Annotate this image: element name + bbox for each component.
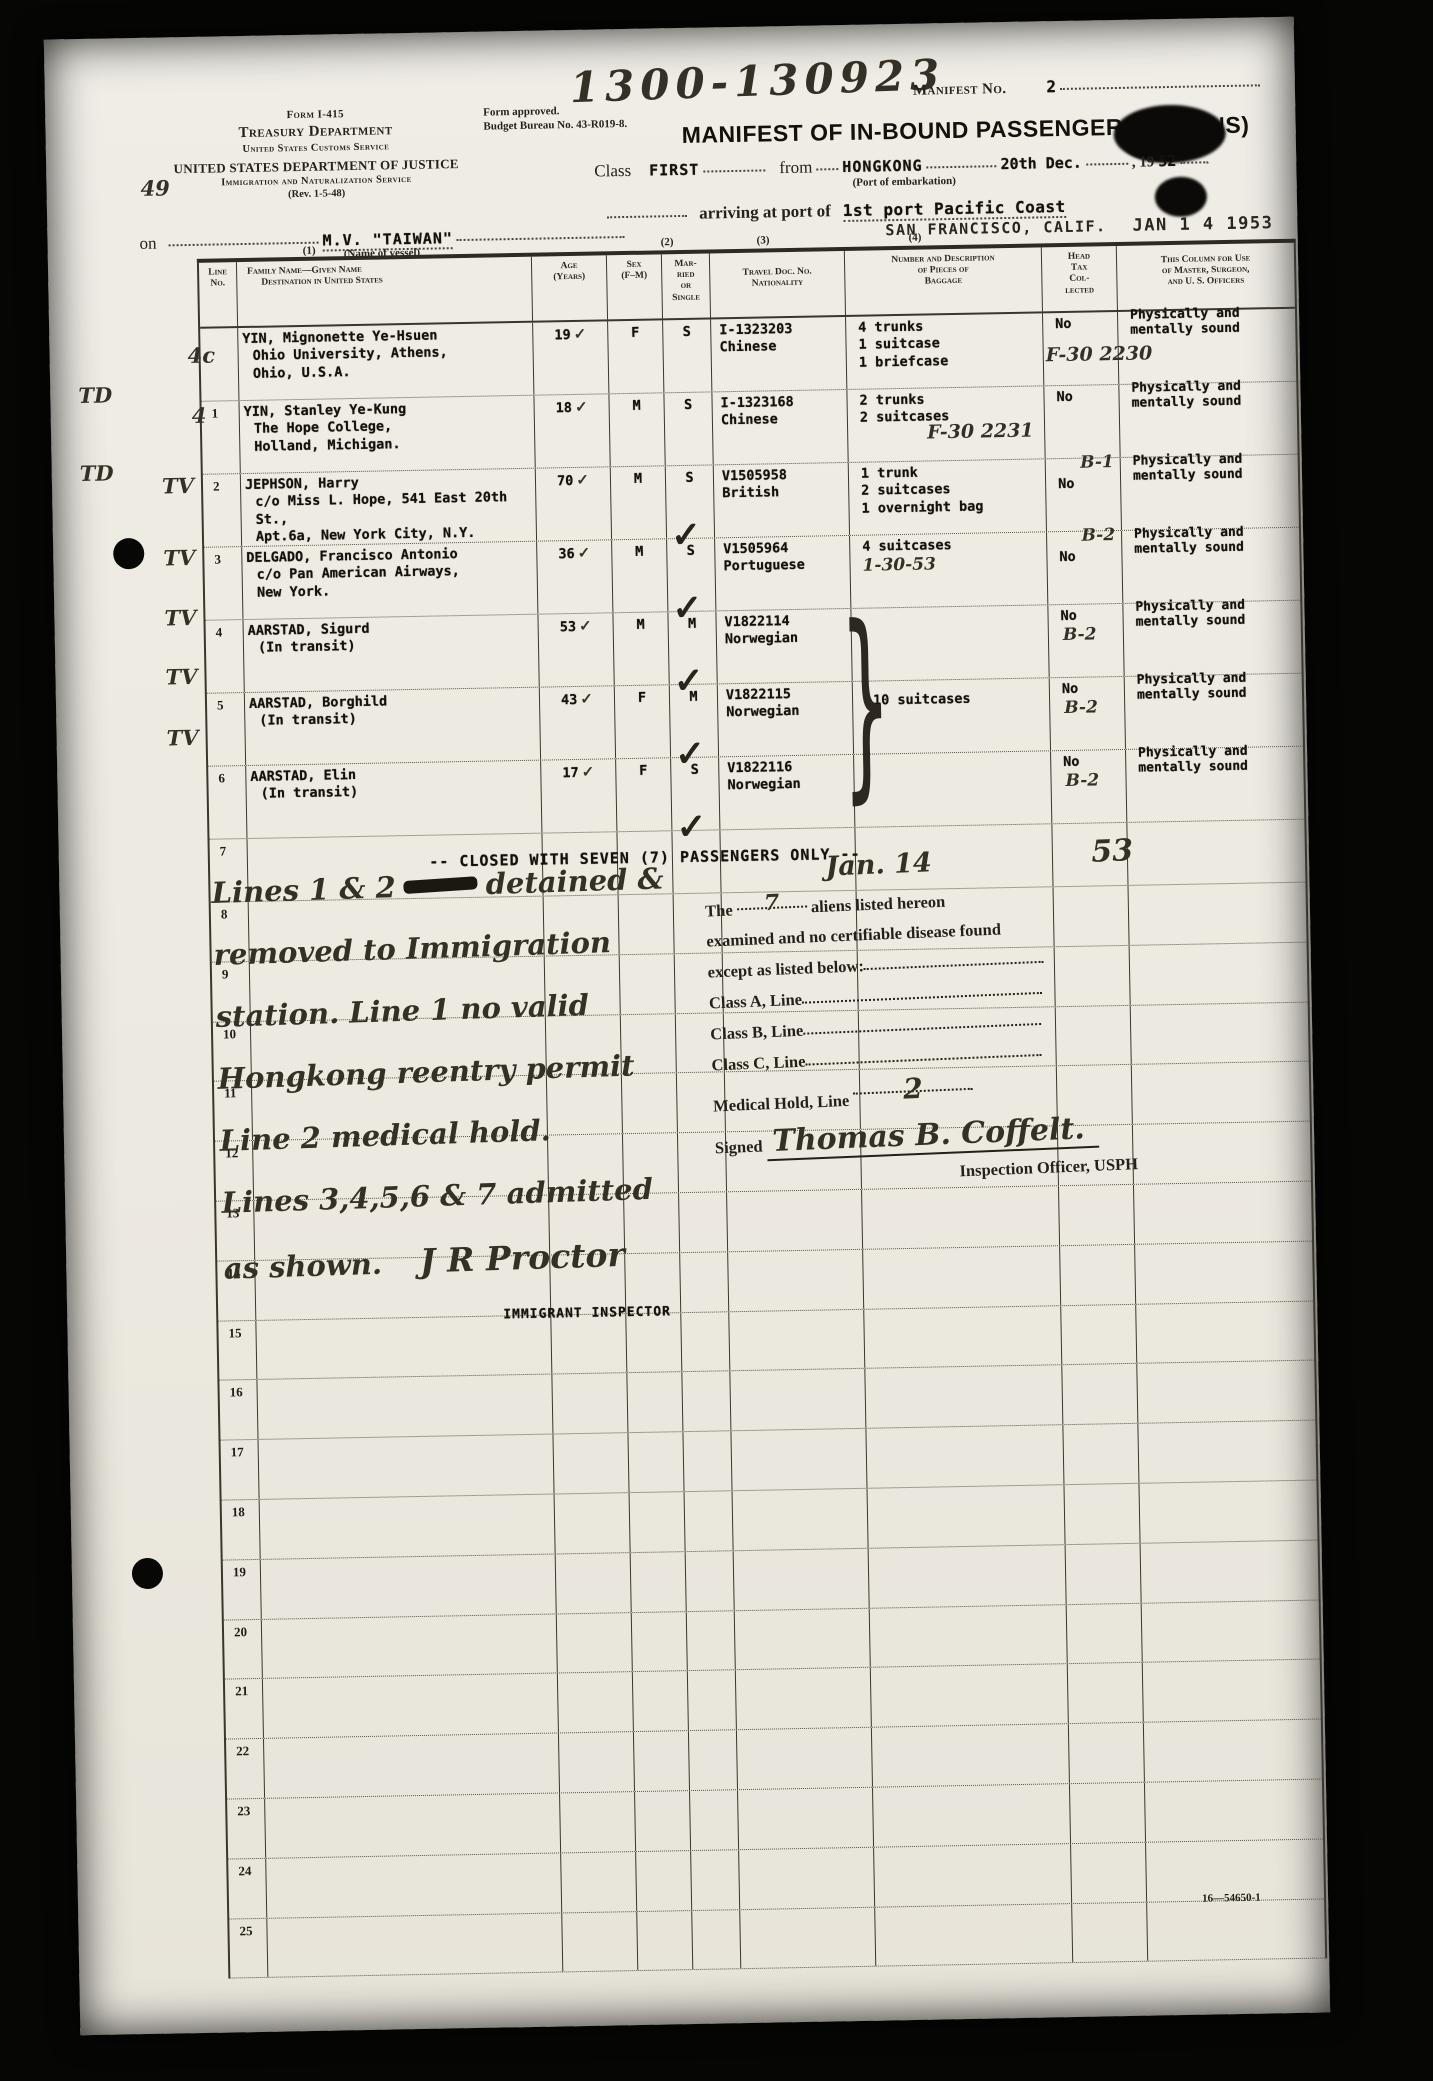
dotted-rule — [1086, 150, 1128, 166]
line-number: 24 — [232, 1863, 251, 1878]
line-number: 6 — [212, 770, 225, 785]
col-header-name: Family Name—Given NameDestination in Uni… — [236, 257, 532, 326]
manifest-no-label: Manifest No. — [913, 81, 1007, 99]
dotted-rule: 7 — [736, 891, 807, 910]
age-value: 53 — [560, 619, 577, 635]
head-tax-hand-code: B-1 — [1080, 452, 1114, 474]
col-header-age: Age(Years) — [531, 255, 607, 320]
nationality: British — [718, 483, 844, 503]
margin-annotation: TD — [78, 382, 112, 408]
col-header-sex: Sex(F–M) — [606, 254, 662, 319]
stamp-signed-line: Signed Thomas B. Coffelt. — [714, 1109, 1151, 1162]
margin-annotation: 49 — [140, 175, 170, 201]
line-number: 16 — [223, 1385, 242, 1400]
margin-annotation: TV — [162, 473, 194, 499]
file-number-handwritten: 1300-130923 — [569, 50, 946, 112]
line-number: 22 — [230, 1743, 249, 1758]
stamp-date-hand: Jan. 14 — [825, 847, 932, 882]
age-value: 18 — [556, 400, 573, 416]
dotted-rule — [863, 947, 1044, 970]
medical-examination-stamp: Jan. 14 53 The 7 aliens listed hereon ex… — [703, 845, 1153, 1202]
ink-scribble — [403, 876, 478, 894]
on-label: on — [139, 234, 156, 253]
embark-port-value: HONGKONG — [842, 157, 923, 176]
age-value: 43 — [561, 692, 578, 708]
column-marker-4: (4) — [908, 232, 921, 244]
officer-note: mentally sound — [1124, 394, 1293, 412]
col-header-head-tax: HeadTax Col-lected — [1041, 246, 1117, 311]
head-tax-hand-note: F-30 2231 — [927, 416, 1157, 445]
baggage-item: 1 overnight bag — [853, 497, 1041, 518]
from-label: from — [779, 158, 812, 178]
inspector-signature: J R Proctor — [419, 1235, 625, 1281]
margin-annotation: TV — [163, 545, 195, 571]
hold-line-value-hand: 2 — [902, 1072, 923, 1106]
head-tax-value: No — [1047, 315, 1113, 333]
age-value: 70 — [557, 473, 574, 489]
age-value: 19 — [554, 327, 571, 343]
line-number: 23 — [231, 1803, 250, 1818]
dotted-rule: 2 — [852, 1074, 973, 1095]
alien-count-hand: 7 — [763, 890, 779, 917]
nationality: Chinese — [715, 337, 841, 357]
col-header-baggage: Number and Descriptionof Pieces ofBaggag… — [844, 247, 1042, 315]
line-number: 21 — [229, 1684, 248, 1699]
sex-value: F — [638, 690, 646, 706]
hole-punch — [113, 538, 145, 570]
head-tax-hand-note: B-2 — [1053, 624, 1119, 647]
stamp-medical-hold: Medical Hold, Line 2 — [712, 1068, 1149, 1117]
phs-officer-signature: Thomas B. Coffelt. — [766, 1111, 1100, 1162]
form-header-left: Form I-415 Treasury Department United St… — [120, 105, 512, 204]
column-marker-1: (1) — [303, 245, 316, 257]
scanned-manifest-page: { "header": { "form_left": { "form_no": … — [0, 0, 1433, 2081]
officer-note: mentally sound — [1129, 686, 1298, 704]
dotted-rule — [607, 202, 687, 218]
passenger-note: (In transit) — [251, 781, 537, 804]
head-tax-hand-note: B-2 — [1054, 697, 1120, 720]
check-slash: ✓ — [676, 804, 707, 851]
head-tax-value: No — [1048, 388, 1114, 406]
officer-note: mentally sound — [1122, 321, 1291, 339]
married-single-value: S — [683, 324, 691, 340]
sex-value: M — [636, 617, 644, 633]
margin-annotation: 4 — [191, 403, 206, 428]
checkmark: ✓ — [573, 325, 586, 343]
checkmark: ✓ — [580, 690, 593, 708]
sex-value: M — [632, 398, 640, 414]
immigrant-inspector-label: IMMIGRANT INSPECTOR — [503, 1304, 671, 1322]
line-number: 17 — [225, 1444, 244, 1459]
head-tax-hand-code: B-2 — [1081, 525, 1115, 547]
age-value: 36 — [558, 546, 575, 562]
line-number: 19 — [227, 1564, 246, 1579]
head-tax-hand-note: F-30 2230 — [1046, 339, 1286, 368]
officer-note: mentally sound — [1126, 540, 1295, 558]
dotted-rule — [703, 156, 765, 172]
check-slash: ✓ — [672, 585, 703, 632]
dotted-rule — [816, 155, 838, 170]
baggage-item: 1 briefcase — [851, 351, 1039, 372]
arriving-label: arriving at port of — [699, 201, 831, 222]
dotted-rule — [457, 223, 625, 241]
column-marker-2: (2) — [661, 236, 674, 248]
baggage-hand-note: 1-30-53 — [854, 553, 1042, 578]
passenger-note: (In transit) — [248, 635, 534, 658]
column-marker-3: (3) — [757, 234, 770, 246]
stamp-year-hand: 53 — [1091, 833, 1134, 870]
dotted-rule — [1180, 148, 1208, 164]
nationality: Norwegian — [722, 702, 848, 722]
sex-value: M — [634, 471, 642, 487]
line-number: 7 — [214, 843, 227, 858]
dotted-rule — [926, 152, 996, 168]
nationality: Norwegian — [721, 629, 847, 649]
married-single-value: S — [685, 470, 693, 486]
year-value: 52 — [1158, 152, 1176, 170]
dotted-rule — [805, 1040, 1041, 1066]
sex-value: F — [639, 763, 647, 779]
line-number: 5 — [211, 697, 224, 712]
sex-value: F — [631, 325, 639, 341]
baggage-brace: } — [839, 600, 892, 806]
passenger-destination: c/o Miss L. Hope, 541 East 20th St., — [245, 489, 532, 529]
line-number: 4 — [210, 624, 223, 639]
dotted-rule — [168, 229, 318, 247]
col-header-married: Mar-ried orSingle — [661, 253, 710, 318]
nationality: Chinese — [717, 410, 843, 430]
dotted-rule — [1060, 71, 1260, 90]
checkmark: ✓ — [576, 471, 589, 489]
nationality: Portuguese — [719, 556, 845, 576]
head-tax-value: No — [1055, 753, 1121, 771]
passenger-note: (In transit) — [249, 708, 535, 731]
checkmark: ✓ — [579, 617, 592, 635]
stamp-date: JAN 1 4 1953 — [1132, 213, 1273, 236]
margin-annotation: TD — [80, 460, 114, 486]
manifest-number-line: Manifest No. 2 — [913, 73, 1260, 99]
check-slash: ✓ — [671, 512, 702, 559]
date-value: 20th Dec. — [1000, 154, 1082, 173]
checkmark: ✓ — [577, 544, 590, 562]
document-paper: Form I-415 Treasury Department United St… — [44, 17, 1330, 2036]
inspector-handwritten-notes: Lines 1 & 2detained & removed to Immigra… — [211, 861, 695, 1310]
embark-port-sublabel: (Port of embarkation) — [852, 175, 955, 189]
married-single-value: S — [684, 397, 692, 413]
margin-annotation: TV — [164, 605, 196, 631]
sex-value: M — [635, 544, 643, 560]
print-code: 16—54650-1 — [1202, 1892, 1261, 1905]
dotted-rule — [801, 978, 1041, 1004]
col-header-line-no: LineNo. — [199, 262, 237, 327]
margin-annotation: 4c — [187, 343, 215, 368]
line-number: 3 — [208, 551, 221, 566]
officer-note: mentally sound — [1125, 467, 1294, 485]
line-number: 20 — [228, 1624, 247, 1639]
line-number: 2 — [207, 478, 220, 493]
year-printed: , 19 — [1132, 154, 1155, 170]
margin-annotation: TV — [165, 664, 197, 690]
line-number: 25 — [233, 1923, 252, 1938]
class-value: FIRST — [649, 161, 699, 180]
line-number: 18 — [226, 1504, 245, 1519]
line-number: 15 — [222, 1325, 241, 1340]
line-number: 1 — [206, 405, 219, 420]
head-tax-value: No — [1052, 607, 1118, 625]
manifest-no-value: 2 — [1046, 77, 1056, 96]
head-tax-value: No — [1054, 680, 1120, 698]
nationality: Norwegian — [723, 775, 849, 795]
check-slash: ✓ — [675, 731, 706, 778]
dotted-rule — [803, 1009, 1041, 1035]
margin-annotation: TV — [166, 725, 198, 751]
officer-note: mentally sound — [1128, 613, 1297, 631]
head-tax-hand-note: B-2 — [1055, 770, 1121, 793]
checkmark: ✓ — [582, 763, 595, 781]
checkmark: ✓ — [575, 398, 588, 416]
col-header-officers: This Column for Useof Master, Surgeon,an… — [1116, 243, 1295, 310]
ink-blot — [1155, 176, 1208, 217]
col-header-travel-doc: Travel Doc. No.Nationality — [709, 251, 845, 317]
age-value: 17 — [562, 765, 579, 781]
class-label: Class — [594, 161, 631, 181]
officer-note: mentally sound — [1130, 759, 1299, 777]
hole-punch — [132, 1558, 164, 1590]
check-slash: ✓ — [673, 658, 704, 705]
